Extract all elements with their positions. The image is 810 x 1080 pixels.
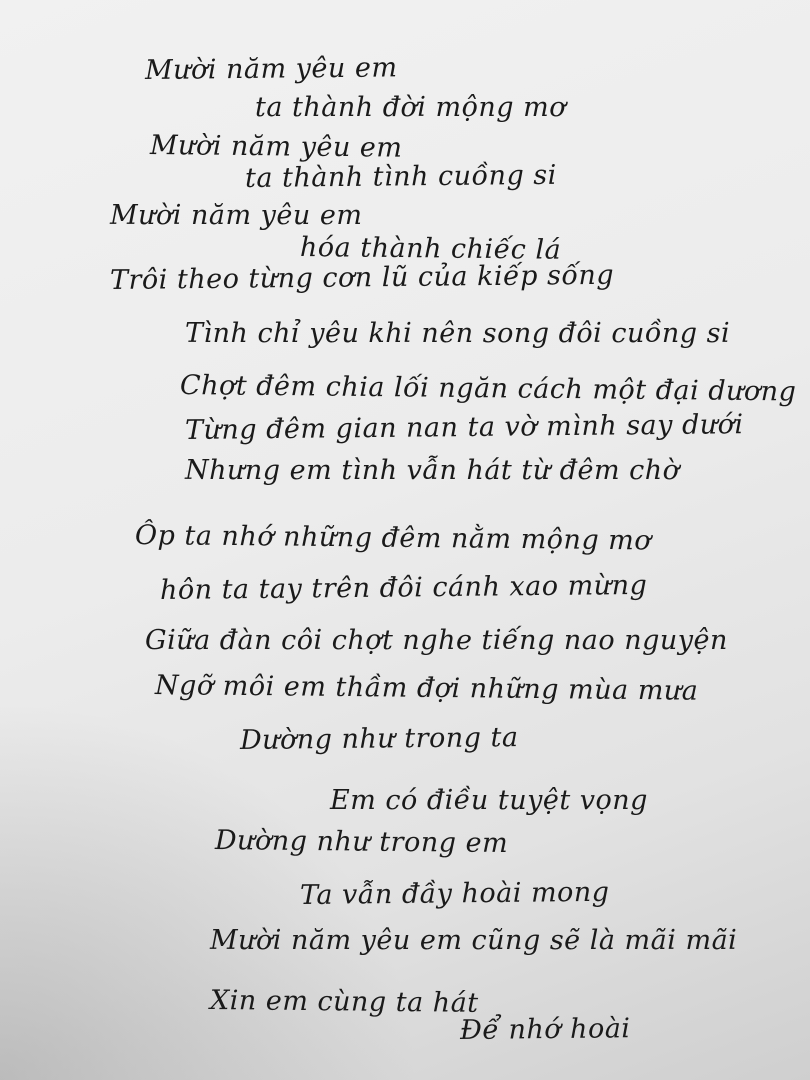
poem-line: ta thành tình cuồng si (245, 160, 557, 194)
poem-line: Chợt đêm chia lối ngăn cách một đại dươn… (180, 370, 797, 407)
poem-line: Dường như trong em (215, 825, 508, 859)
poem-line: Mười năm yêu em cũng sẽ là mãi mãi (210, 925, 737, 956)
poem-line: Mười năm yêu em (150, 130, 403, 164)
poem-line: Ngỡ môi em thầm đợi những mùa mưa (155, 670, 699, 707)
poem-line: Mười năm yêu em (145, 52, 398, 86)
poem-line: Nhưng em tình vẫn hát từ đêm chờ (185, 455, 679, 486)
poem-line: Giữa đàn côi chợt nghe tiếng nao nguyện (145, 625, 728, 656)
poem-line: Dường như trong ta (240, 722, 519, 756)
poem-line: Em có điều tuyệt vọng (330, 785, 648, 816)
poem-line: Để nhớ hoài (460, 1013, 631, 1046)
poem-line: Từng đêm gian nan ta vờ mình say dưới (185, 409, 744, 446)
poem-line: Ta vẫn đầy hoài mong (300, 877, 610, 911)
handwritten-page: Mười năm yêu emta thành đời mộng mơMười … (0, 0, 810, 1080)
poem-line: Trôi theo từng cơn lũ của kiếp sống (110, 260, 614, 296)
poem-line: ta thành đời mộng mơ (255, 92, 566, 123)
poem-line: hôn ta tay trên đôi cánh xao mừng (160, 570, 648, 606)
poem-line: Xin em cùng ta hát (210, 985, 479, 1019)
poem-line: Mười năm yêu em (110, 200, 362, 231)
poem-line: Tình chỉ yêu khi nên song đôi cuồng si (185, 318, 730, 349)
poem-line: Ôp ta nhớ những đêm nằm mộng mơ (135, 520, 651, 556)
